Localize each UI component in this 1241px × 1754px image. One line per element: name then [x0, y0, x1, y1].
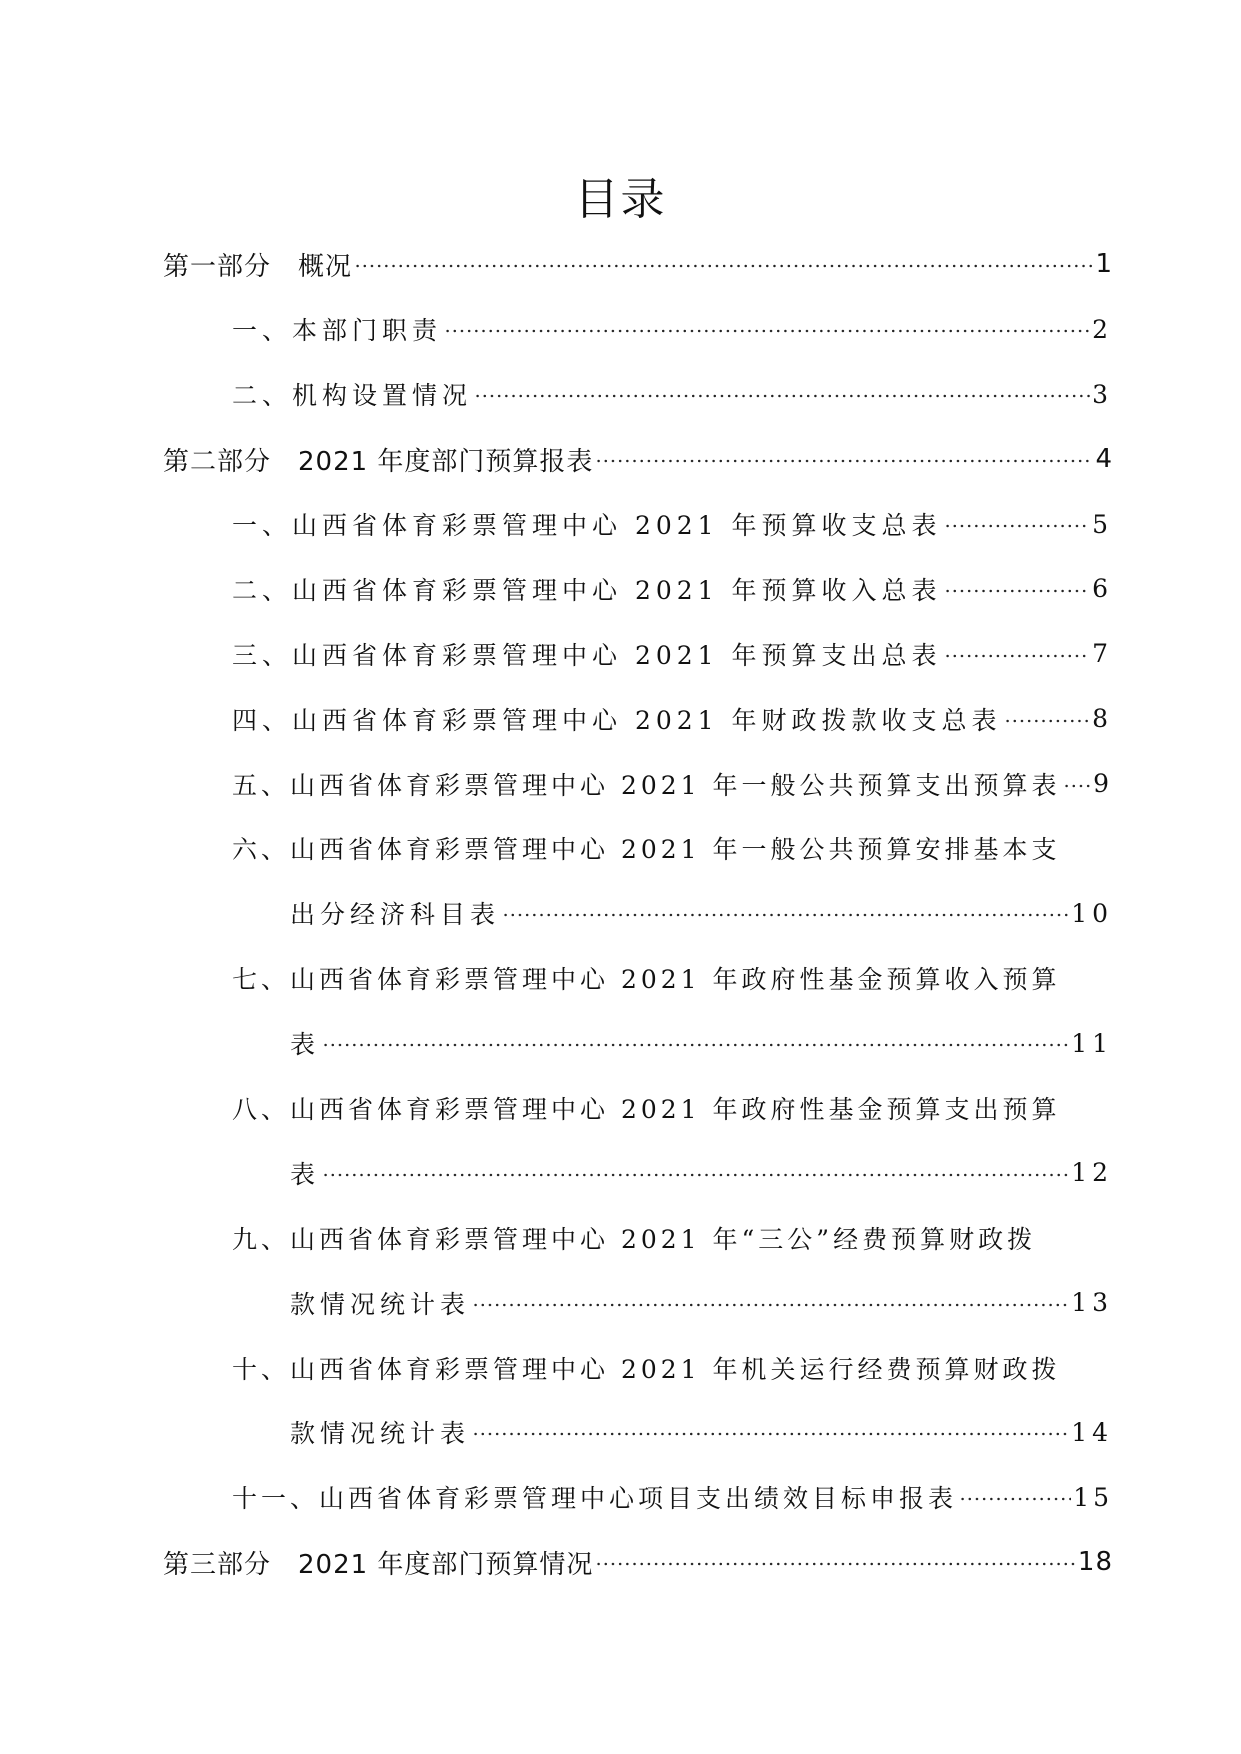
toc-page-number: 6	[1092, 574, 1113, 603]
toc-entry-text: 十一、山西省体育彩票管理中心项目支出绩效目标申报表	[232, 1479, 957, 1515]
toc-page-number: 13	[1071, 1288, 1113, 1317]
toc-page-number: 1	[1095, 249, 1113, 279]
dot-leader	[959, 1489, 1071, 1509]
toc-page-number: 18	[1078, 1547, 1113, 1577]
toc-entry-text: 款情况统计表	[290, 1285, 470, 1321]
toc-entry-continuation[interactable]: 款情况统计表 14	[163, 1400, 1113, 1465]
toc-entry-text: 表	[290, 1025, 320, 1061]
toc-entry-text: 第三部分 2021 年度部门预算情况	[163, 1544, 593, 1581]
toc-entry-text: 五、山西省体育彩票管理中心 2021 年一般公共预算支出预算表	[232, 766, 1061, 802]
dot-leader	[322, 1035, 1069, 1055]
toc-entry[interactable]: 二、山西省体育彩票管理中心 2021 年预算收入总表 6	[163, 556, 1113, 621]
toc-entry-text: 七、山西省体育彩票管理中心 2021 年政府性基金预算收入预算	[232, 960, 1061, 996]
toc-page-number: 11	[1071, 1029, 1113, 1058]
dot-leader	[944, 581, 1091, 601]
toc-entry-text: 二、山西省体育彩票管理中心 2021 年预算收入总表	[232, 571, 942, 607]
toc-entry-text: 四、山西省体育彩票管理中心 2021 年财政拨款收支总表	[232, 701, 1002, 737]
toc-entry-continuation[interactable]: 表 11	[163, 1011, 1113, 1076]
toc-entry[interactable]: 七、山西省体育彩票管理中心 2021 年政府性基金预算收入预算	[163, 946, 1113, 1011]
dot-leader	[595, 451, 1093, 471]
dot-leader	[944, 516, 1091, 536]
dot-leader	[595, 1554, 1075, 1574]
dot-leader	[1063, 776, 1092, 796]
toc-page-number: 15	[1073, 1483, 1113, 1512]
toc-entry[interactable]: 一、本部门职责 2	[163, 297, 1113, 362]
toc-page-number: 8	[1092, 704, 1113, 733]
toc-entry-text: 六、山西省体育彩票管理中心 2021 年一般公共预算安排基本支	[232, 830, 1061, 866]
toc-entry[interactable]: 九、山西省体育彩票管理中心 2021 年“三公”经费预算财政拨	[163, 1205, 1113, 1270]
toc-entry[interactable]: 一、山西省体育彩票管理中心 2021 年预算收支总表 5	[163, 492, 1113, 557]
toc-page-number: 10	[1071, 899, 1113, 928]
toc-page-number: 9	[1093, 769, 1113, 798]
toc-page-number: 7	[1092, 639, 1113, 668]
toc-entry-part-2[interactable]: 第二部分 2021 年度部门预算报表 4	[163, 427, 1113, 492]
toc-entry-text: 八、山西省体育彩票管理中心 2021 年政府性基金预算支出预算	[232, 1090, 1061, 1126]
toc-entry-text: 一、山西省体育彩票管理中心 2021 年预算收支总表	[232, 506, 942, 542]
toc-entry[interactable]: 十一、山西省体育彩票管理中心项目支出绩效目标申报表 15	[163, 1465, 1113, 1530]
toc-entry[interactable]: 五、山西省体育彩票管理中心 2021 年一般公共预算支出预算表 9	[163, 751, 1113, 816]
toc-entry-continuation[interactable]: 出分经济科目表 10	[163, 881, 1113, 946]
toc-entry[interactable]: 三、山西省体育彩票管理中心 2021 年预算支出总表 7	[163, 621, 1113, 686]
toc-page-number: 4	[1095, 444, 1113, 474]
dot-leader	[472, 1424, 1069, 1444]
toc-entry[interactable]: 十、山西省体育彩票管理中心 2021 年机关运行经费预算财政拨	[163, 1335, 1113, 1400]
toc-entry-part-1[interactable]: 第一部分 概况 1	[163, 232, 1113, 297]
toc-page-number: 5	[1092, 510, 1113, 539]
dot-leader	[1004, 711, 1091, 731]
dot-leader	[354, 256, 1093, 276]
toc-entry-text: 表	[290, 1155, 320, 1191]
toc-entry-text: 二、机构设置情况	[232, 376, 472, 412]
toc-entry[interactable]: 二、机构设置情况 3	[163, 362, 1113, 427]
toc-entry-text: 十、山西省体育彩票管理中心 2021 年机关运行经费预算财政拨	[232, 1350, 1061, 1386]
toc-entry-text: 一、本部门职责	[232, 311, 442, 347]
toc-entry[interactable]: 八、山西省体育彩票管理中心 2021 年政府性基金预算支出预算	[163, 1076, 1113, 1141]
dot-leader	[472, 1295, 1069, 1315]
toc-entry-text: 九、山西省体育彩票管理中心 2021 年“三公”经费预算财政拨	[232, 1220, 1036, 1256]
toc-page-number: 3	[1092, 380, 1113, 409]
toc-entry-text: 第二部分 2021 年度部门预算报表	[163, 441, 593, 478]
toc-entry-text: 三、山西省体育彩票管理中心 2021 年预算支出总表	[232, 636, 942, 672]
toc-page-number: 14	[1071, 1418, 1113, 1447]
dot-leader	[944, 646, 1091, 666]
toc-entry-text: 款情况统计表	[290, 1414, 470, 1450]
table-of-contents: 第一部分 概况 1 一、本部门职责 2 二、机构设置情况 3 第二部分 2021…	[163, 232, 1113, 1595]
toc-entry[interactable]: 四、山西省体育彩票管理中心 2021 年财政拨款收支总表 8	[163, 686, 1113, 751]
toc-entry-text: 出分经济科目表	[290, 895, 500, 931]
toc-entry-part-3[interactable]: 第三部分 2021 年度部门预算情况 18	[163, 1530, 1113, 1595]
toc-entry-continuation[interactable]: 表 12	[163, 1140, 1113, 1205]
dot-leader	[322, 1165, 1069, 1185]
toc-entry-continuation[interactable]: 款情况统计表 13	[163, 1270, 1113, 1335]
toc-page-number: 12	[1071, 1158, 1113, 1187]
page-title: 目录	[0, 172, 1241, 228]
dot-leader	[444, 321, 1090, 341]
toc-entry[interactable]: 六、山西省体育彩票管理中心 2021 年一般公共预算安排基本支	[163, 816, 1113, 881]
dot-leader	[474, 386, 1090, 406]
dot-leader	[502, 905, 1069, 925]
toc-entry-text: 第一部分 概况	[163, 246, 352, 283]
toc-page-number: 2	[1092, 315, 1113, 344]
